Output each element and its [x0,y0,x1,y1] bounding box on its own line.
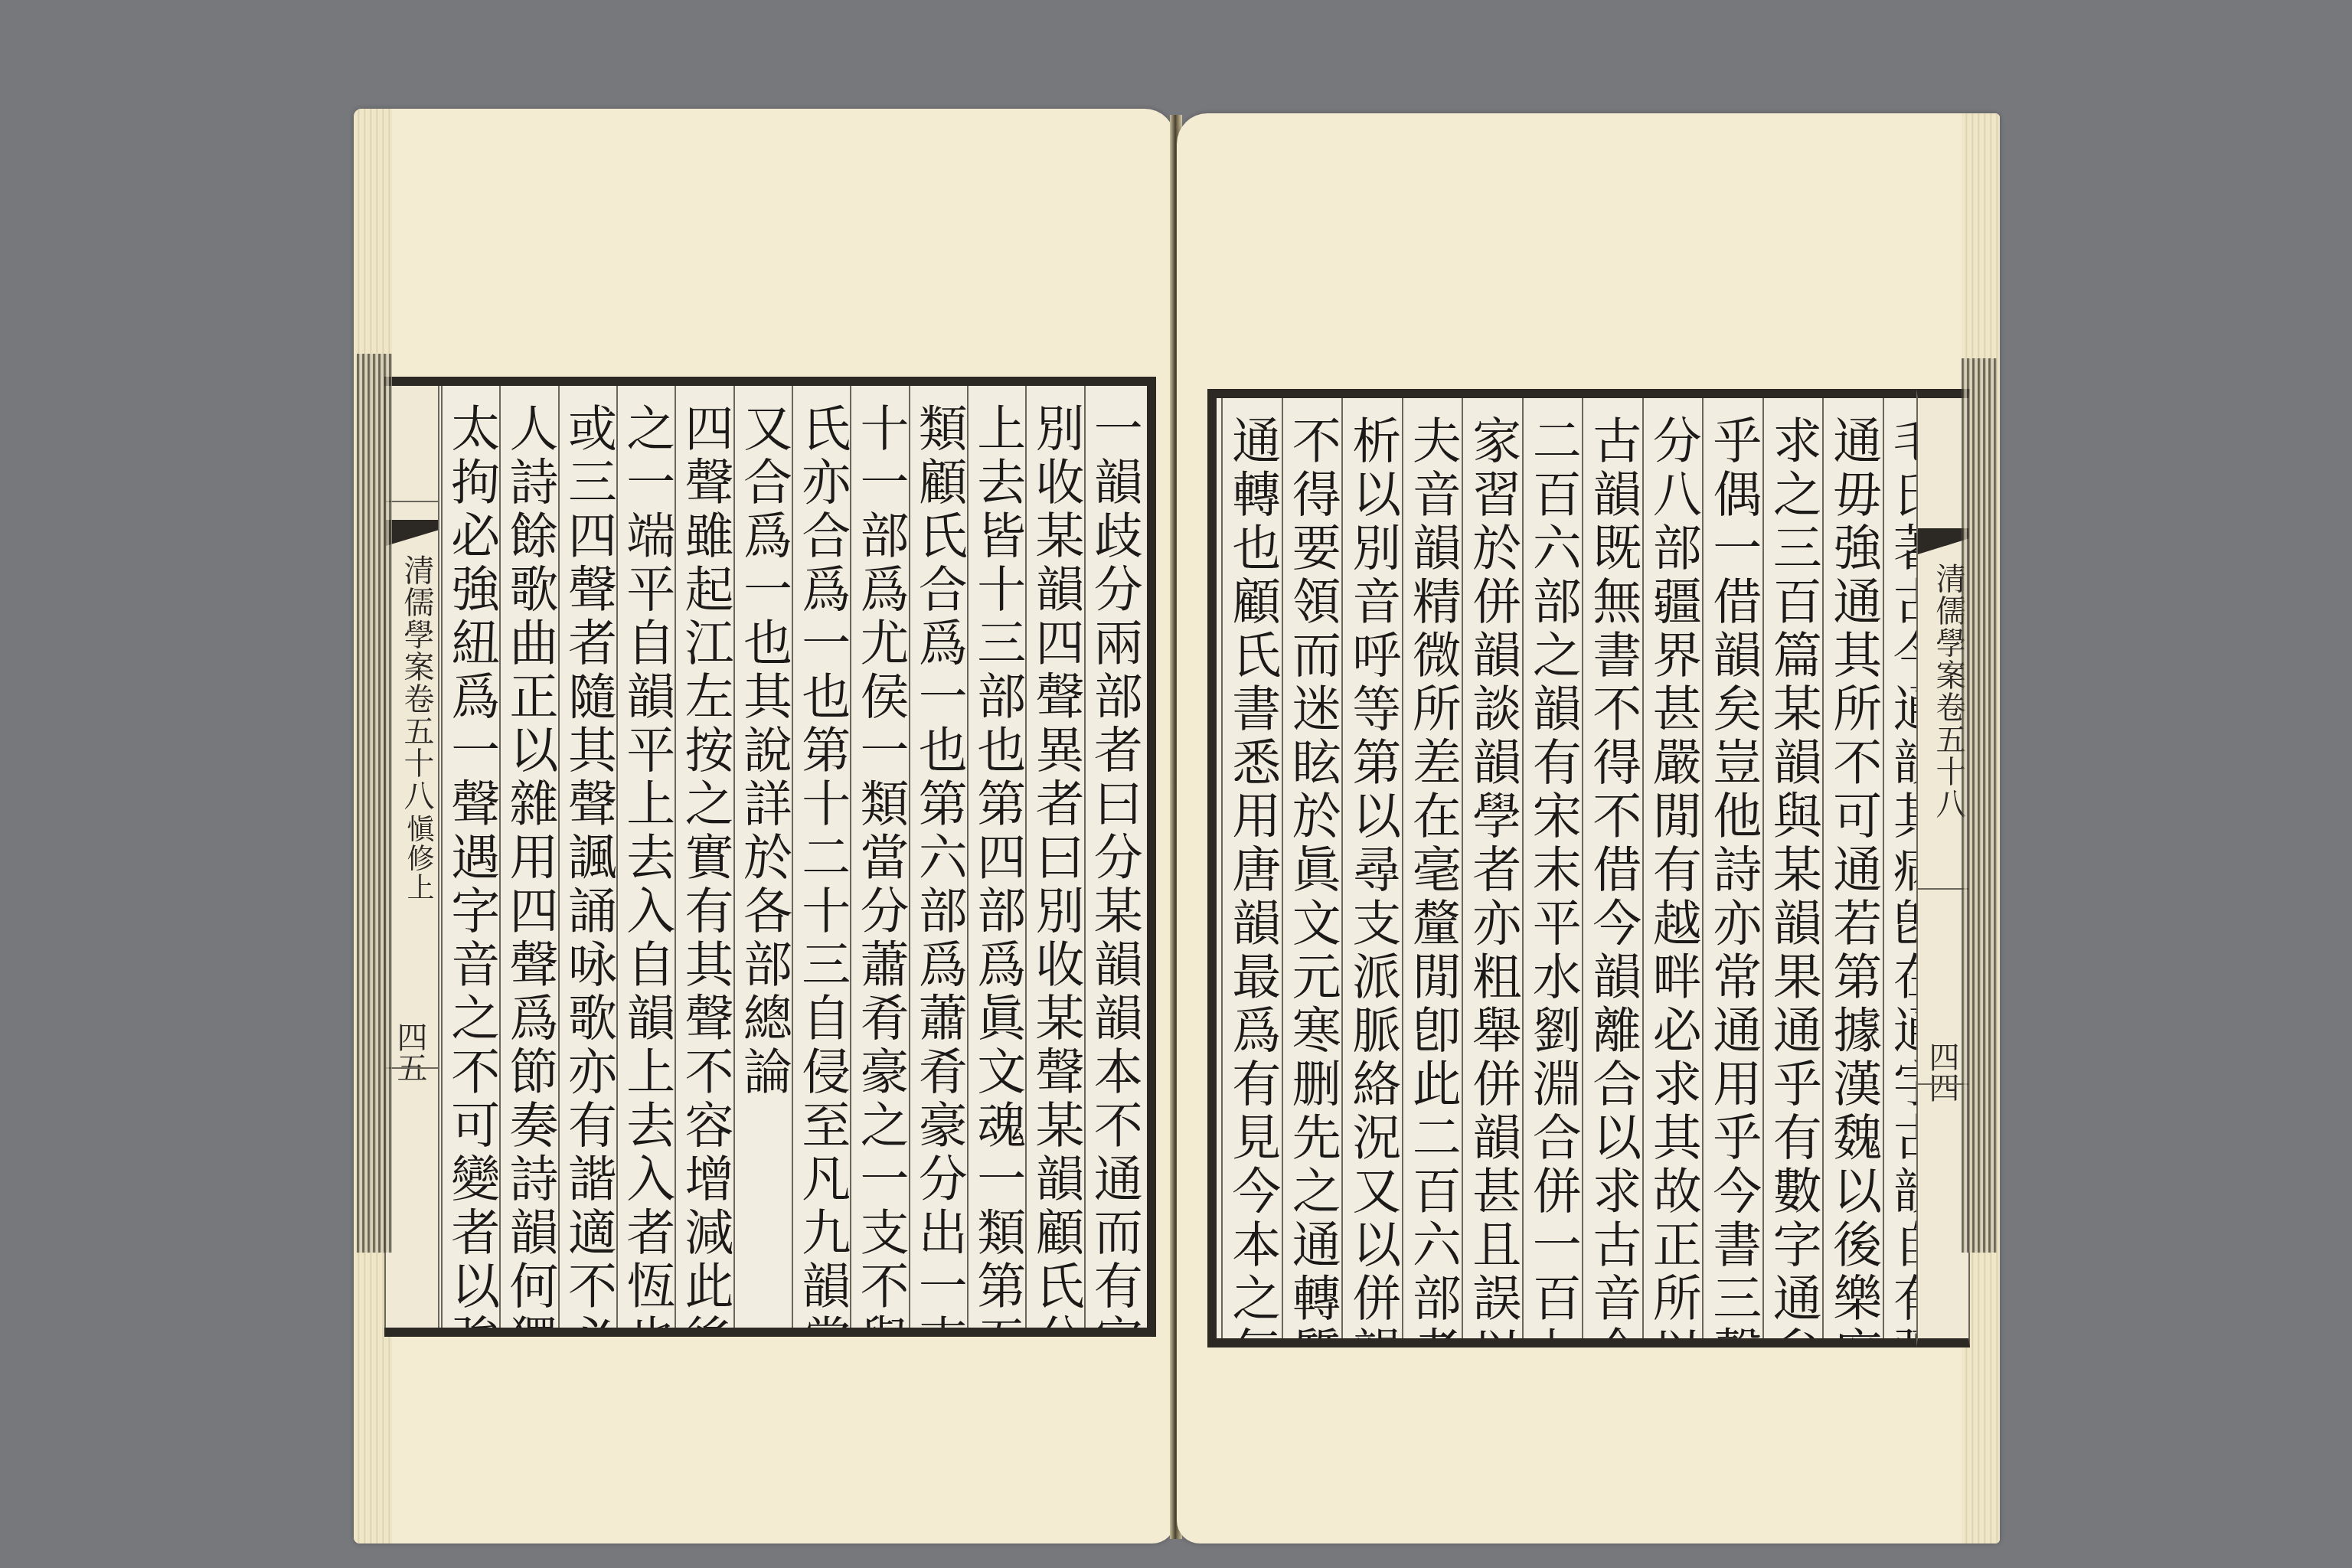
text-column: 四聲雖起江左按之實有其聲不容增減此後人補前人未備 [675,386,733,1328]
text-column: 十一部爲尤侯一類當分蕭肴豪之一支不與第六部通而顧 [850,386,908,1328]
left-text-columns: 一韻歧分兩部者曰分某韻韻本不通而有字當入此部者曰 別收某韻四聲異者曰別收某聲某韻… [441,386,1142,1328]
text-column: 家習於併韻談韻學者亦粗舉併韻甚且誤以劉韻爲沈約韻 [1462,398,1522,1338]
text-column: 別收某韻四聲異者曰別收某聲某韻顧氏分十部今何以平 [1025,386,1083,1328]
text-column: 上去皆十三部也第四部爲眞文魂一類第五部爲元寒僊一 [967,386,1025,1328]
banxin-rule [386,501,438,502]
text-column: 之一端平自韻平上去入自韻上去入者恆也亦有一章兩聲 [616,386,675,1328]
text-column: 氏亦合爲一也第十二十三自侵至凡九韻當分兩部而顧氏 [792,386,850,1328]
text-column: 或三四聲者隨其聲諷誦咏歌亦有諧適不必皆出一聲如後 [558,386,616,1328]
text-column: 一韻歧分兩部者曰分某韻韻本不通而有字當入此部者曰 [1084,386,1142,1328]
banxin-page-number: 四五 [392,1021,432,1083]
text-column: 通轉也顧氏書悉用唐韻最爲有見今本之每部首先列韻目 [1221,398,1282,1338]
text-column: 人詩餘歌曲正以雜用四聲爲節奏詩韻何獨不然前人讀韻 [499,386,557,1328]
left-banxin-margin: 清儒學案卷五十八 愼修上 四五 [384,386,439,1328]
text-column: 二百六部之韻有宋末平水劉淵合併一百七部之韻今世詞 [1522,398,1583,1338]
banxin-rule [386,1067,438,1069]
fishtail-mark-icon [386,520,438,546]
text-column: 類顧氏合爲一也第六部爲蕭肴豪分出一支不與尤侯通第 [909,386,967,1328]
text-column: 又合爲一也其說詳於各部總論 [733,386,792,1328]
text-column: 求之三百篇某韻與某韻果通乎有數字通矣豈盡一韻皆通 [1762,398,1823,1338]
banxin-page-number: 四四 [1924,1041,1964,1102]
left-page: 清儒學案卷五十八 愼修上 四五 一韻歧分兩部者曰分某韻韻本不通而有字當入此部者曰… [354,109,1175,1543]
right-page: 毛氏著古今通韻其病卽在通字古韻自有疆界當通其所可 通毋強通其所不可通若第據漢魏以… [1177,113,2000,1543]
banxin-title: 清儒學案卷五十八 [392,554,432,812]
right-text-frame: 毛氏著古今通韻其病卽在通字古韻自有疆界當通其所可 通毋強通其所不可通若第據漢魏以… [1207,389,1942,1347]
banxin-subtitle: 愼修上 [392,815,432,902]
text-column: 分八部疆界甚嚴閒有越畔必求其故正所以遏其通也 [1642,398,1703,1338]
right-sheet-stack [1962,358,1997,1253]
left-text-frame: 清儒學案卷五十八 愼修上 四五 一韻歧分兩部者曰分某韻韻本不通而有字當入此部者曰… [384,377,1156,1337]
text-column: 析以別音呼等第以尋支派脈絡況又以併韻混而一之宜乎 [1341,398,1402,1338]
left-sheet-stack [357,354,392,1253]
text-column: 古韻既無書不得不借今韻離合以求古音今韻有隋唐相傳 [1582,398,1642,1338]
text-column: 夫音韻精微所差在毫釐閒卽此二百六部者吾尙欲條分縷 [1402,398,1462,1338]
text-column: 不得要領而迷眩於眞文元寒删先之通轉質物月曷黠屑之 [1282,398,1342,1338]
banxin-title: 清儒學案卷五十八 [1924,563,1964,820]
text-column: 乎偶一借韻矣豈他詩亦常通用乎今書三聲分十三部入聲 [1702,398,1762,1338]
right-text-columns: 毛氏著古今通韻其病卽在通字古韻自有疆界當通其所可 通毋強通其所不可通若第據漢魏以… [1221,398,1942,1338]
text-column: 太拘必強紐爲一聲遇字音之不可變者以強紐失其本音顧 [441,386,499,1328]
text-column: 通毋強通其所不可通若第據漢魏以後樂府詩歌何不反而 [1822,398,1883,1338]
